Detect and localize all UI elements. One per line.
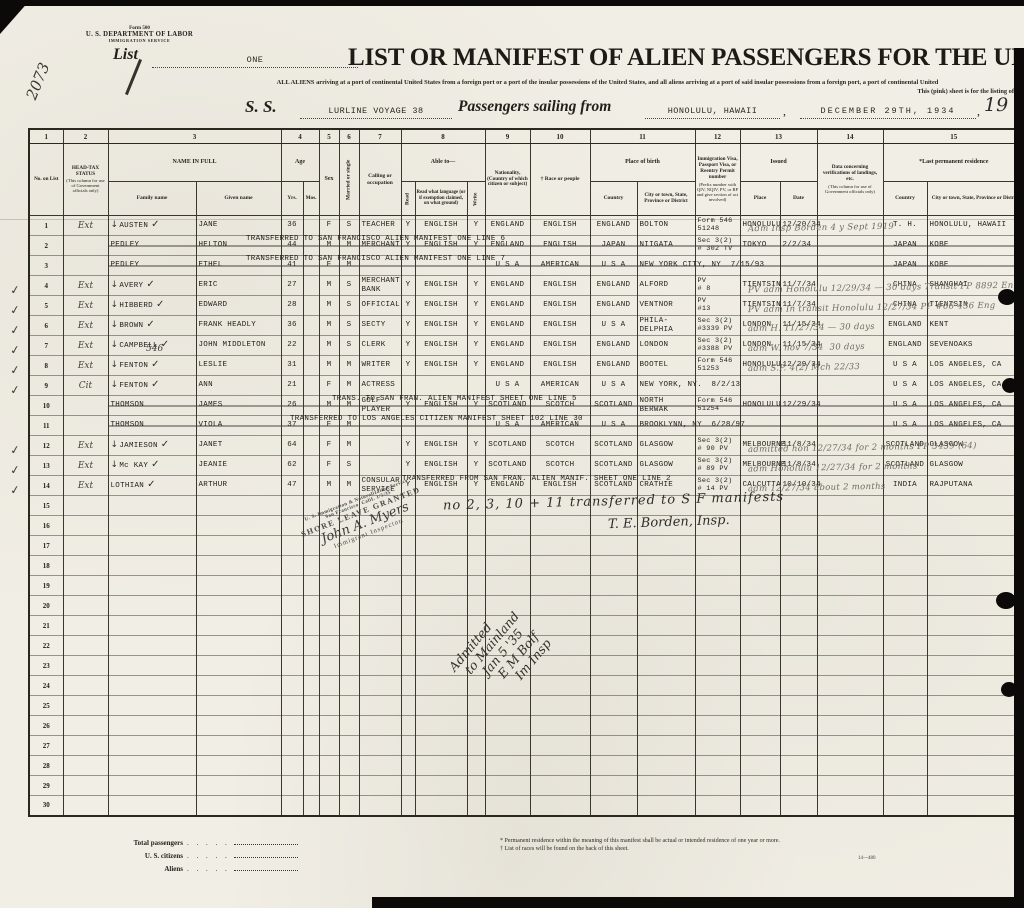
cell-birth_country: SCOTLAND: [590, 436, 637, 456]
cell-issued_place: [740, 776, 780, 796]
cell-sex: M: [319, 336, 339, 356]
cell-family: [108, 536, 196, 556]
header-last-residence: *Last permanent residence: [883, 144, 1024, 182]
cell-mos: [303, 576, 319, 596]
check-mark-icon: ✓: [151, 459, 160, 470]
cell-ms: S: [339, 276, 359, 296]
cell-family: [108, 776, 196, 796]
cell-birth_city: [637, 636, 695, 656]
cell-headtax: [63, 576, 108, 596]
cell-headtax: [63, 616, 108, 636]
cell-birth_country: ENGLAND: [590, 276, 637, 296]
punch-hole-2: [1002, 378, 1018, 393]
cell-read: [401, 636, 415, 656]
cell-birth_country: U S A: [590, 316, 637, 336]
cell-language: ENGLISH: [415, 296, 467, 316]
cell-res_city: [927, 656, 1024, 676]
cell-birth_city: [637, 736, 695, 756]
cell-language: [415, 516, 467, 536]
cell-ms: [339, 576, 359, 596]
cell-ms: [339, 696, 359, 716]
cell-issued_date: [780, 636, 817, 656]
cell-res_city: [927, 696, 1024, 716]
cell-res_city: RAJPUTANA: [927, 476, 1024, 496]
cell-birth_city: NIIGATA: [637, 236, 695, 256]
cell-issued_date: [780, 556, 817, 576]
cell-issued_place: [740, 656, 780, 676]
cell-visa: [695, 676, 740, 696]
cell-sex: [319, 696, 339, 716]
subheader-date-10: Date: [780, 182, 817, 216]
cell-headtax: Ext: [63, 316, 108, 336]
cell-verification: [817, 376, 883, 396]
cell-issued_date: [780, 596, 817, 616]
scan-edge-bottom: [372, 897, 1024, 908]
table-row: 9Cit↓FENTON✓ANN21FMACTRESSU S AAMERICANU…: [29, 376, 1024, 396]
subheader-yrs-2: Yrs.: [281, 182, 303, 216]
cell-res_city: [927, 776, 1024, 796]
cell-visa: [695, 656, 740, 676]
cell-given: [196, 756, 281, 776]
cell-language: [415, 756, 467, 776]
handwritten-546: 546: [146, 344, 163, 354]
header-no-on-list: No. on List: [29, 144, 63, 216]
cell-given: [196, 776, 281, 796]
header-visa-label: Immigration Visa, Passport Visa, or Reen…: [697, 157, 739, 180]
cell-yrs: [281, 496, 303, 516]
cell-res_country: U S A: [883, 376, 927, 396]
cell-given: JANET: [196, 436, 281, 456]
header-data-concerning-label: Data concerning verifications of landing…: [819, 165, 882, 182]
table-row: 25: [29, 696, 1024, 716]
cell-verification: [817, 536, 883, 556]
cell-res_country: ENGLAND: [883, 336, 927, 356]
cell-verification: [817, 596, 883, 616]
cell-headtax: [63, 716, 108, 736]
header-sex-label: Sex: [321, 176, 338, 183]
header-no-on-list-label: No. on List: [31, 177, 62, 183]
col-number-14: 14: [817, 129, 883, 144]
cell-yrs: 64: [281, 436, 303, 456]
cell-birth_city: [637, 756, 695, 776]
cell-sex: M: [319, 296, 339, 316]
cell-write: [467, 376, 485, 396]
check-mark-icon: ✓: [151, 359, 160, 370]
cell-no: 17: [29, 536, 63, 556]
transfer-note-text: TRANSFERRED TO LOS ANGELES CITIZEN MANIF…: [290, 415, 583, 423]
cell-race: ENGLISH: [530, 216, 590, 236]
cell-write: [467, 736, 485, 756]
cell-occupation: [359, 796, 401, 816]
cell-yrs: 62: [281, 456, 303, 476]
cell-write: Y: [467, 316, 485, 336]
cell-race: [530, 716, 590, 736]
cell-write: [467, 596, 485, 616]
cell-family: [108, 716, 196, 736]
cell-no: 25: [29, 696, 63, 716]
subheader-family-0: Family name: [108, 182, 196, 216]
cell-issued_date: [780, 516, 817, 536]
verification-handwriting: adm S.P. 4(2) Mch 22/33: [747, 362, 859, 374]
cell-race: ENGLISH: [530, 296, 590, 316]
cell-visa: Sec 3(2) #3388 PV: [695, 336, 740, 356]
cell-given: JEANIE: [196, 456, 281, 476]
col-number-15: 15: [883, 129, 1024, 144]
comma-2: ,: [977, 104, 980, 119]
cell-write: [467, 556, 485, 576]
port-line: HONOLULU, HAWAII: [645, 100, 780, 119]
transfer-note-text: TRANSFERRED TO SAN FRANCISCO ALIEN MANIF…: [246, 235, 505, 243]
cell-race: [530, 576, 590, 596]
cell-no: 16: [29, 516, 63, 536]
port-value: HONOLULU, HAWAII: [668, 106, 758, 116]
cell-occupation: [359, 596, 401, 616]
list-label: List: [113, 46, 138, 64]
dot-leader: . . . . .: [187, 865, 230, 873]
cell-res_country: U S A: [883, 416, 927, 436]
check-mark-icon: ✓: [151, 219, 160, 230]
cell-write: Y: [467, 436, 485, 456]
table-row: 30: [29, 796, 1024, 816]
verification-handwriting: Adm Insp Borden 4 y Sept 1919: [747, 221, 893, 234]
transfer-note-text: TRANSFERRED FROM SAN FRAN. ALIEN MANIF. …: [402, 475, 671, 483]
margin-check-icon: ✓: [9, 282, 21, 297]
cell-visa: [695, 536, 740, 556]
cell-birth_country: [590, 616, 637, 636]
total-passengers-blank: [234, 836, 298, 845]
cell-res_country: [883, 676, 927, 696]
cell-verification: adm H. 11/27/34 — 30 days: [817, 316, 883, 336]
cell-given: [196, 536, 281, 556]
family-name-text: FENTON: [119, 382, 148, 390]
table-row: 4Ext↓AVERY✓ERIC27MSMERCHANT BANKYENGLISH…: [29, 276, 1024, 296]
cell-res_country: [883, 516, 927, 536]
cell-visa: Form 546 51253: [695, 356, 740, 376]
family-name-text: THOMSON: [111, 401, 145, 409]
cell-birth_country: [590, 656, 637, 676]
family-name-text: PEDLEY: [111, 261, 140, 269]
cell-write: Y: [467, 456, 485, 476]
col-number-3: 3: [108, 129, 281, 144]
cell-issued_place: [740, 536, 780, 556]
cell-given: [196, 516, 281, 536]
cell-nationality: ENGLAND: [485, 316, 530, 336]
cell-headtax: Cit: [63, 376, 108, 396]
cell-sex: [319, 776, 339, 796]
header-calling-label: Calling or occupation: [361, 173, 400, 185]
cell-family: [108, 616, 196, 636]
cell-no: 22: [29, 636, 63, 656]
cell-given: JOHN MIDDLETON: [196, 336, 281, 356]
cell-family: THOMSON: [108, 416, 196, 436]
cell-race: [530, 696, 590, 716]
cell-birth_country: [590, 696, 637, 716]
cell-language: ENGLISH: [415, 336, 467, 356]
cell-no: 23: [29, 656, 63, 676]
cell-issued_date: [780, 676, 817, 696]
cell-headtax: [63, 396, 108, 416]
cell-sex: [319, 796, 339, 816]
cell-no: 15: [29, 496, 63, 516]
transfer-note-text: TRANSFERRED TO SAN FRANCISCO ALIEN MANIF…: [246, 255, 505, 263]
cell-verification: [817, 616, 883, 636]
cell-nationality: U S A: [485, 376, 530, 396]
cell-occupation: [359, 436, 401, 456]
cell-headtax: [63, 596, 108, 616]
cell-language: ENGLISH: [415, 316, 467, 336]
cell-headtax: [63, 236, 108, 256]
cell-birth_city: [637, 596, 695, 616]
cell-read: [401, 756, 415, 776]
arrow-mark-icon: ↓: [111, 380, 119, 390]
cell-yrs: 27: [281, 276, 303, 296]
cell-issued_date: [780, 616, 817, 636]
department-name: U. S. DEPARTMENT OF LABOR: [52, 31, 227, 38]
cell-birth_city: [637, 616, 695, 636]
cell-read: [401, 736, 415, 756]
cell-verification: [817, 636, 883, 656]
header-race: † Race or people: [530, 144, 590, 216]
cell-res_city: [927, 636, 1024, 656]
cell-mos: [303, 376, 319, 396]
cell-given: [196, 496, 281, 516]
cell-birth_city: [637, 576, 695, 596]
cell-issued_date: [780, 796, 817, 816]
cell-birth_country: [590, 676, 637, 696]
header-last-residence-label: *Last permanent residence: [885, 159, 1024, 166]
cell-read: Y: [401, 336, 415, 356]
cell-res_city: KOBE: [927, 236, 1024, 256]
cell-no: 8: [29, 356, 63, 376]
cell-family: ↓FENTON✓: [108, 376, 196, 396]
family-name-text: BROWN: [119, 322, 143, 330]
header-married-single: Married or single: [339, 144, 359, 216]
cell-no: 18: [29, 556, 63, 576]
cell-nationality: ENGLAND: [485, 336, 530, 356]
punch-hole-3: [996, 592, 1016, 609]
arrow-mark-icon: ↓: [111, 320, 119, 330]
us-citizens-blank: [234, 849, 298, 858]
cell-issued_place: [740, 556, 780, 576]
cell-language: ENGLISH: [415, 356, 467, 376]
cell-headtax: [63, 796, 108, 816]
subheader-mos-3: Mos.: [303, 182, 319, 216]
cell-mos: [303, 596, 319, 616]
cell-no: 20: [29, 596, 63, 616]
col-number-8: 8: [401, 129, 485, 144]
cell-ms: [339, 776, 359, 796]
scan-edge-right: [1014, 48, 1024, 908]
header-calling: Calling or occupation: [359, 144, 401, 216]
cell-race: SCOTCH: [530, 436, 590, 456]
cell-read: [401, 536, 415, 556]
cell-given: ANN: [196, 376, 281, 396]
cell-birth_city: BOOTEL: [637, 356, 695, 376]
cell-issued_place: HONOLULU: [740, 396, 780, 416]
list-value: ONE: [247, 55, 264, 65]
cell-birth_city: PHILA- DELPHIA: [637, 316, 695, 336]
cell-birth_country: ENGLAND: [590, 216, 637, 236]
cell-mos: [303, 796, 319, 816]
header-visa-note: (Prefix number with QIV, NQIV, PV, or RP…: [697, 182, 739, 202]
manifest-table: 123456789101112131415No. on ListHEAD-TAX…: [28, 128, 1024, 817]
cell-given: [196, 636, 281, 656]
cell-given: LESLIE: [196, 356, 281, 376]
cell-language: [415, 596, 467, 616]
cell-verification: adm W. nov 7/34 30 days: [817, 336, 883, 356]
cell-read: [401, 716, 415, 736]
cell-race: ENGLISH: [530, 356, 590, 376]
subheader-read_lang-5: Read what language (or if exemption clai…: [415, 182, 467, 216]
cell-verification: PV adm Honolulu 12/29/34 — 30 days Trans…: [817, 276, 883, 296]
cell-headtax: [63, 656, 108, 676]
cell-birth_country: [590, 736, 637, 756]
cell-issued_place: [740, 796, 780, 816]
cell-issued_place: [740, 516, 780, 536]
col-number-2: 2: [63, 129, 108, 144]
cell-family: [108, 656, 196, 676]
cell-nationality: [485, 536, 530, 556]
cell-family: ↓JAMIESON✓: [108, 436, 196, 456]
cell-visa: Sec 3(2) #3339 PV: [695, 316, 740, 336]
department-block: Form 500 U. S. DEPARTMENT OF LABOR IMMIG…: [52, 26, 227, 43]
cell-nationality: [485, 716, 530, 736]
cell-mos: [303, 276, 319, 296]
cell-occupation: WRITER: [359, 356, 401, 376]
cell-language: ENGLISH: [415, 216, 467, 236]
cell-language: [415, 796, 467, 816]
cell-verification: adm S.P. 4(2) Mch 22/33: [817, 356, 883, 376]
totals-block: Total passengers . . . . . U. S. citizen…: [103, 832, 298, 871]
cell-birth_country: [590, 716, 637, 736]
cell-mos: [303, 656, 319, 676]
cell-no: 3: [29, 256, 63, 276]
cell-issued_date: [780, 736, 817, 756]
cell-family: ↓Mc KAY✓: [108, 456, 196, 476]
cell-yrs: [281, 576, 303, 596]
cell-occupation: [359, 656, 401, 676]
us-citizens-row: U. S. citizens . . . . .: [103, 845, 298, 858]
table-row: 20: [29, 596, 1024, 616]
cell-nationality: [485, 576, 530, 596]
cell-birth_city: [637, 776, 695, 796]
cell-res_city: HONOLULU, HAWAII: [927, 216, 1024, 236]
cell-issued_date: [780, 416, 817, 436]
cell-issued_date: [780, 696, 817, 716]
cell-race: [530, 596, 590, 616]
cell-language: [415, 536, 467, 556]
cell-yrs: [281, 676, 303, 696]
sailing-date: DECEMBER 29TH, 1934: [821, 106, 956, 116]
col-number-1: 1: [29, 129, 63, 144]
subheader-city-12: City or town, State, Province or Distric…: [927, 182, 1024, 216]
cell-res_city: LOS ANGELES, CA: [927, 416, 1024, 436]
cell-no: 2: [29, 236, 63, 256]
sailing-label: Passengers sailing from: [458, 98, 611, 116]
cell-read: [401, 556, 415, 576]
cell-res_city: GLASGOW: [927, 456, 1024, 476]
cell-no: 14: [29, 476, 63, 496]
header-age: Age: [281, 144, 319, 182]
col-number-5: 5: [319, 129, 339, 144]
cell-no: 27: [29, 736, 63, 756]
cell-verification: PV adm In transit Honolulu 12/27/34 PP #…: [817, 296, 883, 316]
cell-sex: [319, 736, 339, 756]
scan-edge-top: [0, 0, 1024, 6]
cell-verification: adm Honolulu 12/27/34 for 2 months: [817, 456, 883, 476]
cell-no: 13: [29, 456, 63, 476]
cell-race: AMERICAN: [530, 376, 590, 396]
arrow-mark-icon: ↓: [111, 440, 119, 450]
cell-issued_date: 2/2/34: [780, 236, 817, 256]
table-row: 18: [29, 556, 1024, 576]
cell-race: [530, 756, 590, 776]
cell-headtax: Ext: [63, 276, 108, 296]
cell-yrs: [281, 636, 303, 656]
cell-occupation: MERCHANT BANK: [359, 276, 401, 296]
cell-ms: [339, 716, 359, 736]
cell-headtax: Ext: [63, 296, 108, 316]
subheader-given-1: Given name: [196, 182, 281, 216]
cell-res_country: ENGLAND: [883, 316, 927, 336]
cell-headtax: [63, 556, 108, 576]
family-name-text: HIBBERD: [119, 302, 153, 310]
family-name-text: AVERY: [119, 282, 143, 290]
cell-headtax: Ext: [63, 436, 108, 456]
margin-check-icon: ✓: [9, 342, 21, 357]
cell-yrs: [281, 736, 303, 756]
cell-ms: M: [339, 376, 359, 396]
cell-birth_country: JAPAN: [590, 236, 637, 256]
cell-sex: [319, 576, 339, 596]
cell-write: [467, 576, 485, 596]
cell-write: Y: [467, 216, 485, 236]
subheader-city-8: City or town, State, Province or Distric…: [637, 182, 695, 216]
cell-verification: adm 12/27/34 about 2 months: [817, 476, 883, 496]
cell-headtax: [63, 736, 108, 756]
cell-visa: [695, 696, 740, 716]
cell-birth_city: [637, 676, 695, 696]
cell-visa: Sec 3(2) # 90 PV: [695, 436, 740, 456]
cell-yrs: [281, 756, 303, 776]
cell-ms: S: [339, 296, 359, 316]
subheader-write-6: Write: [467, 182, 485, 216]
cell-read: [401, 616, 415, 636]
cell-issued_date: [780, 576, 817, 596]
cell-visa: [695, 636, 740, 656]
cell-write: Y: [467, 276, 485, 296]
cell-res_city: LOS ANGELES, CA: [927, 396, 1024, 416]
cell-write: [467, 716, 485, 736]
header-name-in-full-label: NAME IN FULL: [110, 159, 280, 166]
cell-ms: S: [339, 316, 359, 336]
cell-mos: [303, 316, 319, 336]
cell-birth_country: [590, 756, 637, 776]
cell-family: [108, 596, 196, 616]
cell-family: [108, 696, 196, 716]
table-row: 7Ext↓CAMPBELL✓JOHN MIDDLETON22MSCLERKYEN…: [29, 336, 1024, 356]
cell-res_country: [883, 796, 927, 816]
cell-language: [415, 576, 467, 596]
cell-issued_place: [740, 676, 780, 696]
cell-family: ↓AVERY✓: [108, 276, 196, 296]
cell-res_city: KOBE: [927, 256, 1024, 276]
cell-verification: [817, 696, 883, 716]
cell-headtax: [63, 536, 108, 556]
cell-read: [401, 576, 415, 596]
cell-family: [108, 636, 196, 656]
cell-write: Y: [467, 336, 485, 356]
